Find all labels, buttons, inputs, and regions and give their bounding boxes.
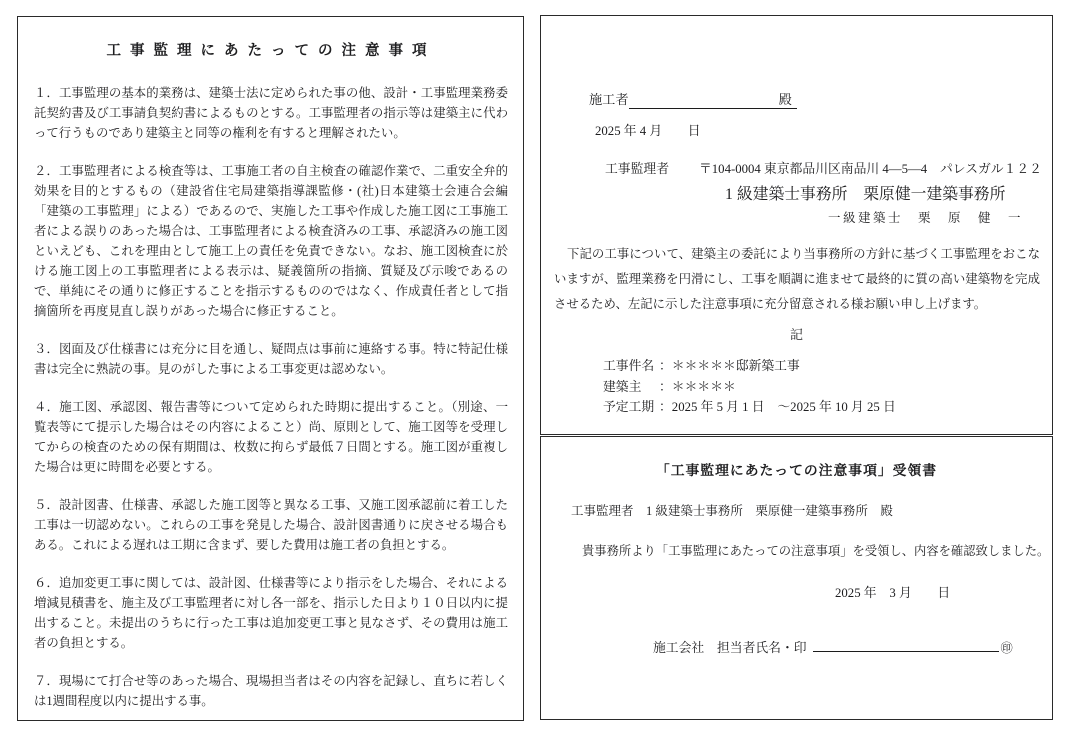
recipient-label: 施工者 [589,92,629,107]
letter-body: 下記の工事について、建築主の委託により当事務所の方針に基づく工事監理をおこないま… [554,242,1040,317]
receipt-addressee: 工事監理者 1 級建築士事務所 栗原健一建築事務所 殿 [571,501,893,519]
signature-line: 施工会社 担当者氏名・印㊞ [653,637,1013,656]
office-name: 1 級建築士事務所 栗原健一建築事務所 [725,181,1005,204]
notice-paragraph-6: ６．追加変更工事に関しては、設計図、仕様書等により指示をした場合、それによる増減… [34,573,508,653]
signature-blank [813,638,999,652]
owner-row: 建築主：＊＊＊＊＊ [603,377,896,398]
document-page: 工事監理にあたっての注意事項 １．工事監理の基本的業務は、建築士法に定められた事… [0,0,1071,732]
receipt-document: 「工事監理にあたっての注意事項」受領書 工事監理者 1 級建築士事務所 栗原健一… [540,436,1053,720]
cover-letter-document: 施工者殿 2025 年 4 月 日 工事監理者〒104-0004 東京都品川区南… [540,15,1053,435]
architect-name: 一級建築士 栗 原 健 一 [828,208,1023,226]
letter-date: 2025 年 4 月 日 [595,120,701,139]
project-name-value: ：＊＊＊＊＊邸新築工事 [659,359,800,373]
project-details: 工事件名：＊＊＊＊＊邸新築工事 建築主：＊＊＊＊＊ 予定工期：2025 年 5 … [603,356,896,418]
receipt-date: 2025 年 3 月 日 [835,582,950,601]
supervisor-label: 工事監理者 [605,162,669,176]
notice-paragraph-4: ４．施工図、承認図、報告書等について定められた時期に提出すること。（別途、一覧表… [34,397,508,477]
schedule-value: ：2025 年 5 月 1 日 ～2025 年 10 月 25 日 [659,400,896,414]
signature-label: 施工会社 担当者氏名・印 [653,641,807,655]
supervisor-address: 〒104-0004 東京都品川区南品川 4―5―4 パレスガル１２２ [699,162,1042,176]
recipient-name-blank [629,91,779,104]
receipt-title: 「工事監理にあたっての注意事項」受領書 [541,459,1052,479]
notice-document: 工事監理にあたっての注意事項 １．工事監理の基本的業務は、建築士法に定められた事… [17,16,524,721]
notice-paragraph-5: ５．設計図書、仕様書、承認した施工図等と異なる工事、又施工図承認前に着工した工事… [34,495,508,555]
owner-label: 建築主 [603,377,659,398]
notice-title: 工事監理にあたっての注意事項 [34,39,508,60]
recipient-line: 施工者殿 [589,89,797,109]
schedule-row: 予定工期：2025 年 5 月 1 日 ～2025 年 10 月 25 日 [603,397,896,418]
notice-paragraph-7: ７．現場にて打合せ等のあった場合、現場担当者はその内容を記録し、直ちに若しくは1… [34,671,508,711]
project-name-row: 工事件名：＊＊＊＊＊邸新築工事 [603,356,896,377]
recipient-honorific: 殿 [779,89,792,108]
project-name-label: 工事件名 [603,356,659,377]
schedule-label: 予定工期 [603,397,659,418]
notice-paragraph-1: １．工事監理の基本的業務は、建築士法に定められた事の他、設計・工事監理業務委託契… [34,83,508,143]
receipt-body: 貴事務所より「工事監理にあたっての注意事項」を受領し、内容を確認致しました。 [569,541,1049,559]
supervisor-line: 工事監理者〒104-0004 東京都品川区南品川 4―5―4 パレスガル１２２ [605,158,1042,177]
notice-paragraph-2: ２．工事監理者による検査等は、工事施工者の自主検査の確認作業で、二重安全弁的効果… [34,161,508,321]
inkan-seal-mark: ㊞ [1001,641,1013,655]
notice-paragraph-3: ３．図面及び仕様書には充分に目を通し、疑問点は事前に連絡する事。特に特記仕様書は… [34,339,508,379]
record-heading: 記 [541,324,1052,343]
owner-value: ：＊＊＊＊＊ [659,380,736,394]
